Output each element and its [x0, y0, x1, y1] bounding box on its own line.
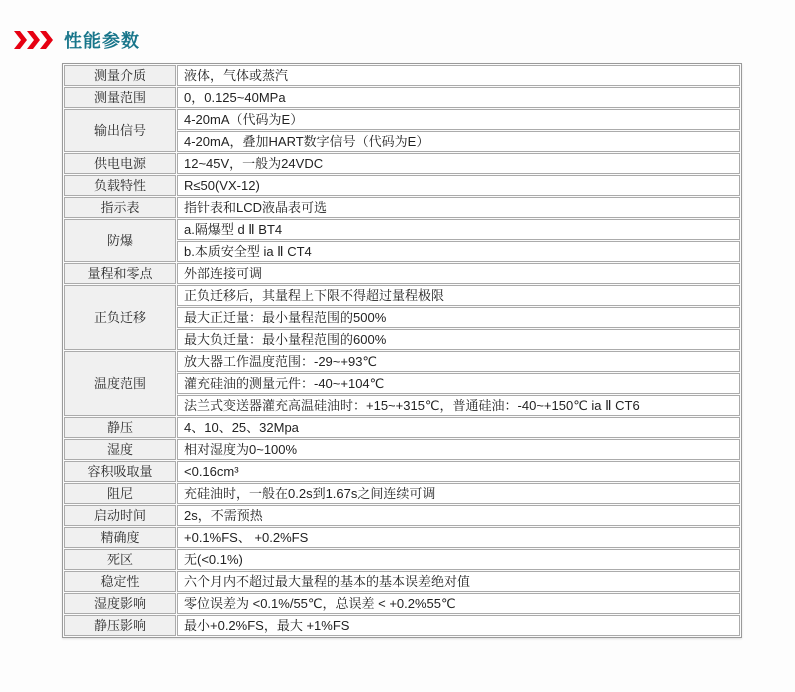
param-value: 无(<0.1%) — [177, 549, 740, 570]
param-label: 启动时间 — [64, 505, 176, 526]
param-label: 精确度 — [64, 527, 176, 548]
page: 性能参数 测量介质 液体，气体或蒸汽 测量范围 0，0.125~40MPa 输出… — [0, 0, 795, 692]
param-value: 法兰式变送器灌充高温硅油时：+15~+315℃，普通硅油：-40~+150℃ i… — [177, 395, 740, 416]
triple-chevron-right-icon — [14, 31, 55, 49]
table-row: 正负迁移 正负迁移后，其量程上下限不得超过量程极限 — [64, 285, 740, 306]
param-label: 静压 — [64, 417, 176, 438]
param-value: a.隔爆型 d Ⅱ BT4 — [177, 219, 740, 240]
table-row: 启动时间 2s，不需预热 — [64, 505, 740, 526]
param-value: 外部连接可调 — [177, 263, 740, 284]
param-value: 液体，气体或蒸汽 — [177, 65, 740, 86]
param-value: 灌充硅油的测量元件：-40~+104℃ — [177, 373, 740, 394]
section-header: 性能参数 — [0, 0, 795, 52]
table-row: 湿度 相对湿度为0~100% — [64, 439, 740, 460]
param-label: 防爆 — [64, 219, 176, 262]
table-row: 死区 无(<0.1%) — [64, 549, 740, 570]
table-row: 精确度 +0.1%FS、 +0.2%FS — [64, 527, 740, 548]
param-value: 相对湿度为0~100% — [177, 439, 740, 460]
table-row: 湿度影响 零位误差为 <0.1%/55℃，总误差 < +0.2%55℃ — [64, 593, 740, 614]
table-row: 容积吸取量 <0.16cm³ — [64, 461, 740, 482]
param-value: 4-20mA（代码为E） — [177, 109, 740, 130]
param-label: 湿度 — [64, 439, 176, 460]
param-label: 负载特性 — [64, 175, 176, 196]
param-value: 最小+0.2%FS，最大 +1%FS — [177, 615, 740, 636]
spec-table: 测量介质 液体，气体或蒸汽 测量范围 0，0.125~40MPa 输出信号 4-… — [62, 63, 742, 638]
param-value: 4-20mA，叠加HART数字信号（代码为E） — [177, 131, 740, 152]
param-label: 正负迁移 — [64, 285, 176, 350]
param-value: 充硅油时，一般在0.2s到1.67s之间连续可调 — [177, 483, 740, 504]
param-label: 输出信号 — [64, 109, 176, 152]
param-label: 阻尼 — [64, 483, 176, 504]
page-title: 性能参数 — [64, 27, 140, 53]
table-row: 输出信号 4-20mA（代码为E） — [64, 109, 740, 130]
param-value: 4、10、25、32Mpa — [177, 417, 740, 438]
param-label: 湿度影响 — [64, 593, 176, 614]
table-row: 静压 4、10、25、32Mpa — [64, 417, 740, 438]
param-label: 温度范围 — [64, 351, 176, 416]
table-row: 负载特性 R≤50(VX-12) — [64, 175, 740, 196]
param-label: 指示表 — [64, 197, 176, 218]
param-label: 稳定性 — [64, 571, 176, 592]
table-row: 稳定性 六个月内不超过最大量程的基本的基本误差绝对值 — [64, 571, 740, 592]
param-value: 最大负迁量：最小量程范围的600% — [177, 329, 740, 350]
param-value: 指针表和LCD液晶表可选 — [177, 197, 740, 218]
table-row: 供电电源 12~45V，一般为24VDC — [64, 153, 740, 174]
param-value: b.本质安全型 ia Ⅱ CT4 — [177, 241, 740, 262]
table-row: 指示表 指针表和LCD液晶表可选 — [64, 197, 740, 218]
table-row: 静压影响 最小+0.2%FS，最大 +1%FS — [64, 615, 740, 636]
param-value: 12~45V，一般为24VDC — [177, 153, 740, 174]
param-label: 测量范围 — [64, 87, 176, 108]
param-label: 静压影响 — [64, 615, 176, 636]
param-value: 零位误差为 <0.1%/55℃，总误差 < +0.2%55℃ — [177, 593, 740, 614]
param-value: 六个月内不超过最大量程的基本的基本误差绝对值 — [177, 571, 740, 592]
param-value: 0，0.125~40MPa — [177, 87, 740, 108]
table-row: 量程和零点 外部连接可调 — [64, 263, 740, 284]
param-value: +0.1%FS、 +0.2%FS — [177, 527, 740, 548]
param-value: <0.16cm³ — [177, 461, 740, 482]
param-label: 容积吸取量 — [64, 461, 176, 482]
table-row: 温度范围 放大器工作温度范围：-29~+93℃ — [64, 351, 740, 372]
param-label: 测量介质 — [64, 65, 176, 86]
table-row: 阻尼 充硅油时，一般在0.2s到1.67s之间连续可调 — [64, 483, 740, 504]
param-value: R≤50(VX-12) — [177, 175, 740, 196]
param-label: 量程和零点 — [64, 263, 176, 284]
table-row: 防爆 a.隔爆型 d Ⅱ BT4 — [64, 219, 740, 240]
param-label: 供电电源 — [64, 153, 176, 174]
param-value: 最大正迁量：最小量程范围的500% — [177, 307, 740, 328]
table-row: 测量范围 0，0.125~40MPa — [64, 87, 740, 108]
table-row: 测量介质 液体，气体或蒸汽 — [64, 65, 740, 86]
param-value: 2s，不需预热 — [177, 505, 740, 526]
param-value: 放大器工作温度范围：-29~+93℃ — [177, 351, 740, 372]
param-label: 死区 — [64, 549, 176, 570]
param-value: 正负迁移后，其量程上下限不得超过量程极限 — [177, 285, 740, 306]
